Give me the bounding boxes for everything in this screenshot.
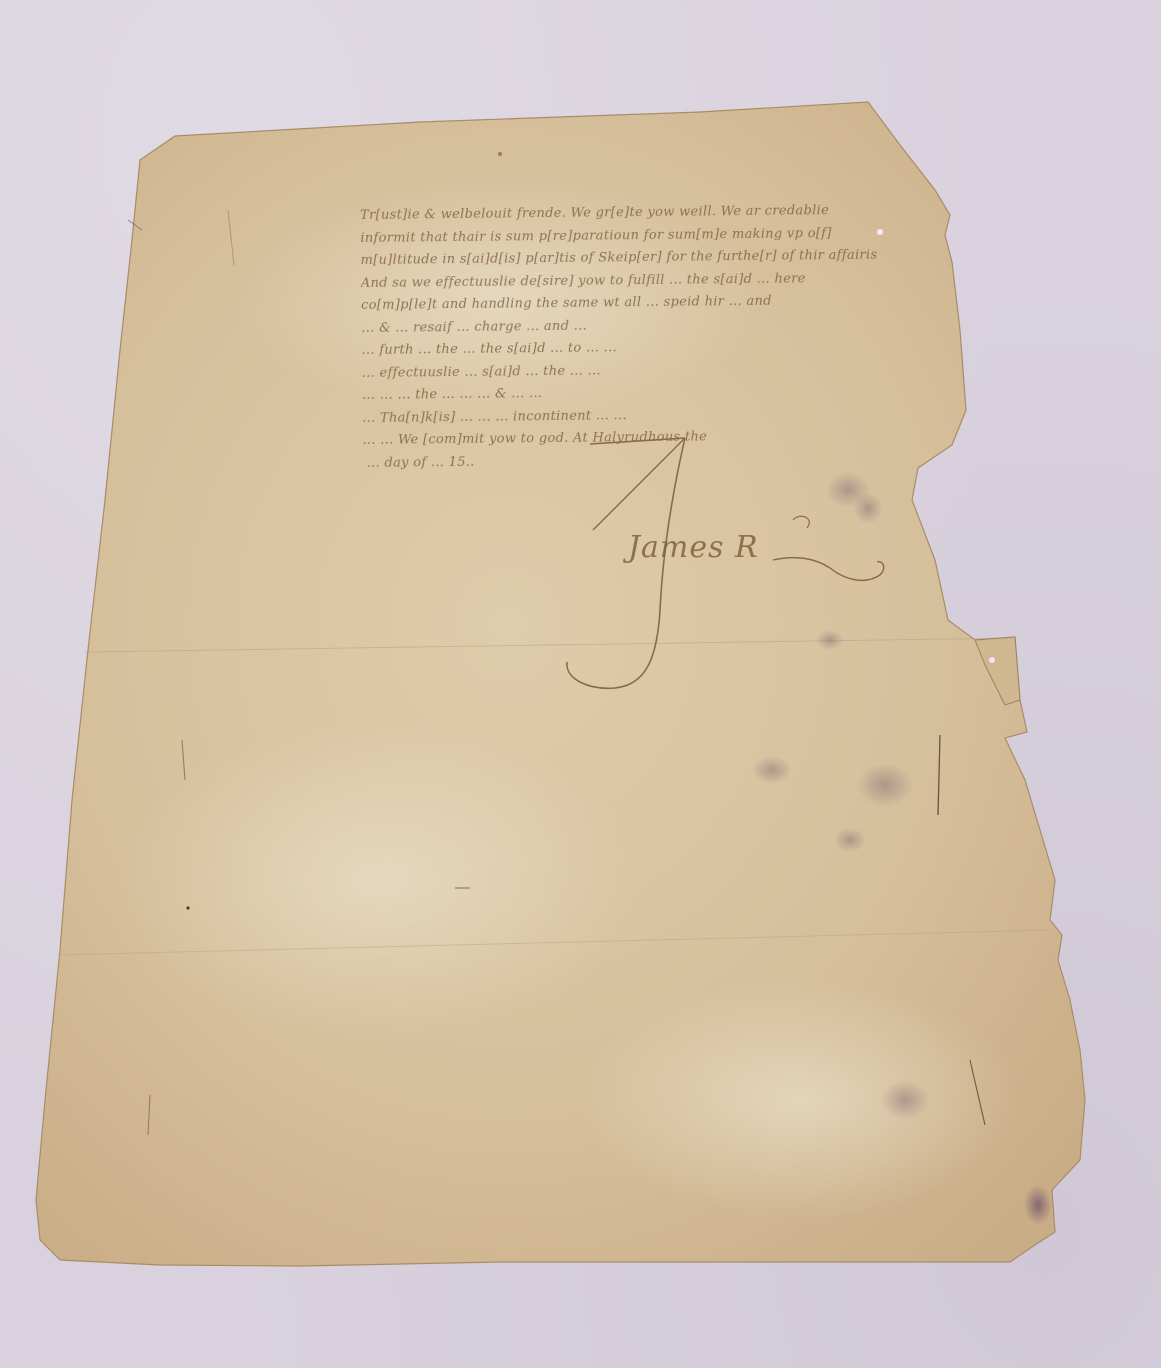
signature-text: James R <box>628 530 759 565</box>
signature-flourish <box>545 430 905 710</box>
